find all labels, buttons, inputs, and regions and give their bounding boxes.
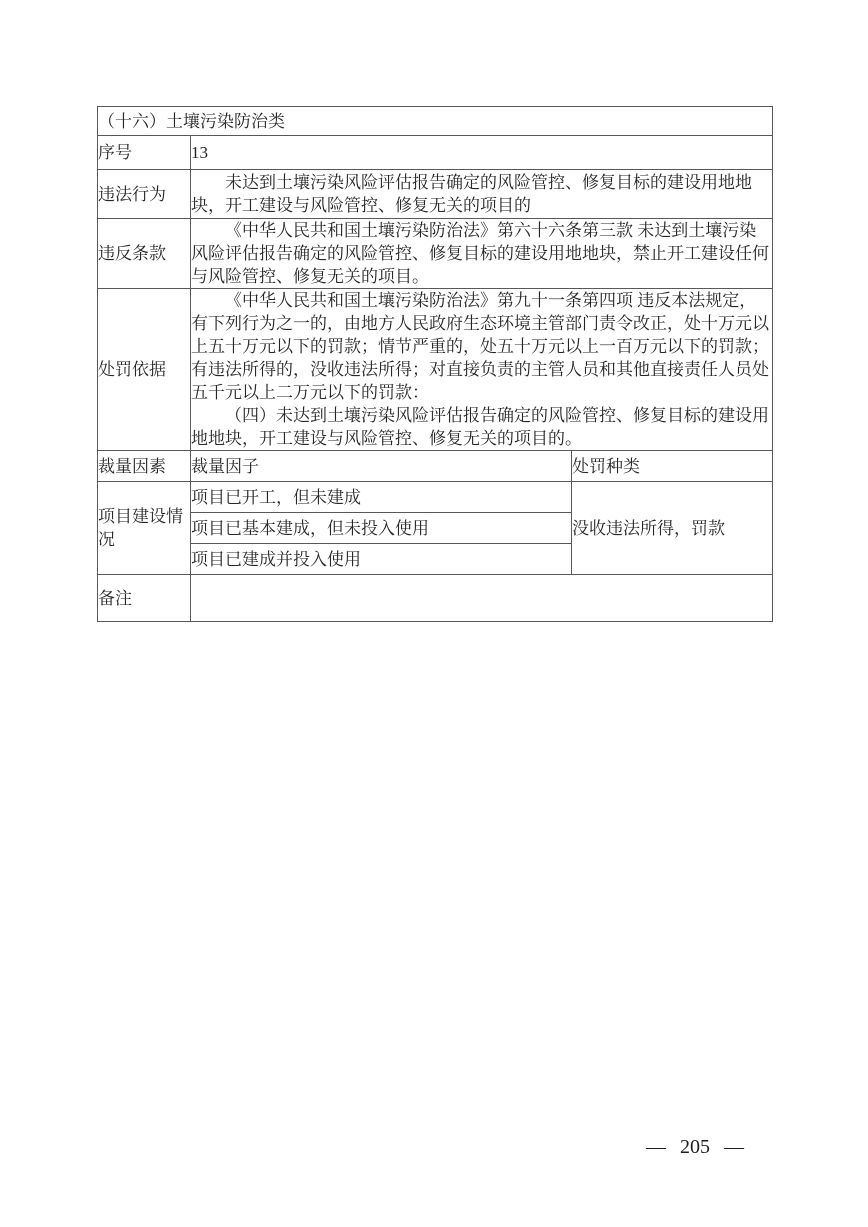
illegal-act-row: 违法行为 未达到土壤污染风险评估报告确定的风险管控、修复目标的建设用地地块，开工… (98, 170, 773, 219)
category-header: （十六）土壤污染防治类 (98, 107, 773, 136)
penalty-basis-paragraph-2: （四）未达到土壤污染风险评估报告确定的风险管控、修复目标的建设用地地块，开工建设… (191, 404, 772, 450)
penalty-type-value: 没收违法所得，罚款 (572, 482, 773, 575)
penalty-basis-paragraph-1: 《中华人民共和国土壤污染防治法》第九十一条第四项 违反本法规定，有下列行为之一的… (191, 289, 772, 404)
footer-left-dash: — (646, 1136, 666, 1159)
penalty-basis-cell: 《中华人民共和国土壤污染防治法》第九十一条第四项 违反本法规定，有下列行为之一的… (191, 289, 773, 451)
illegal-act-text: 未达到土壤污染风险评估报告确定的风险管控、修复目标的建设用地地块，开工建设与风险… (191, 171, 772, 217)
serial-row: 序号 13 (98, 136, 773, 170)
penalty-basis-row: 处罚依据 《中华人民共和国土壤污染防治法》第九十一条第四项 违反本法规定，有下列… (98, 289, 773, 451)
penalty-type-header: 处罚种类 (572, 451, 773, 482)
remarks-row: 备注 (98, 575, 773, 622)
project-status-factor-3: 项目已建成并投入使用 (191, 544, 572, 575)
footer-right-dash: — (724, 1136, 744, 1159)
discretion-factor-header: 裁量因子 (191, 451, 572, 482)
discretion-header-row: 裁量因素 裁量因子 处罚种类 (98, 451, 773, 482)
serial-label: 序号 (98, 136, 191, 170)
page-number: 205 (680, 1136, 710, 1159)
violated-clause-text: 《中华人民共和国土壤污染防治法》第六十六条第三款 未达到土壤污染风险评估报告确定… (191, 219, 772, 288)
project-status-factor-1: 项目已开工，但未建成 (191, 482, 572, 513)
penalty-discretion-table: （十六）土壤污染防治类 序号 13 违法行为 未达到土壤污染风险评估报告确定的风… (97, 106, 773, 622)
illegal-act-label: 违法行为 (98, 170, 191, 219)
project-status-row-1: 项目建设情况 项目已开工，但未建成 没收违法所得，罚款 (98, 482, 773, 513)
serial-value: 13 (191, 136, 773, 170)
violated-clause-label: 违反条款 (98, 219, 191, 289)
remarks-value (191, 575, 773, 622)
remarks-label: 备注 (98, 575, 191, 622)
discretion-row-label: 裁量因素 (98, 451, 191, 482)
project-status-factor-2: 项目已基本建成，但未投入使用 (191, 513, 572, 544)
violated-clause-cell: 《中华人民共和国土壤污染防治法》第六十六条第三款 未达到土壤污染风险评估报告确定… (191, 219, 773, 289)
illegal-act-cell: 未达到土壤污染风险评估报告确定的风险管控、修复目标的建设用地地块，开工建设与风险… (191, 170, 773, 219)
category-row: （十六）土壤污染防治类 (98, 107, 773, 136)
document-page: （十六）土壤污染防治类 序号 13 违法行为 未达到土壤污染风险评估报告确定的风… (0, 0, 868, 1227)
project-status-label: 项目建设情况 (98, 482, 191, 575)
violated-clause-row: 违反条款 《中华人民共和国土壤污染防治法》第六十六条第三款 未达到土壤污染风险评… (98, 219, 773, 289)
penalty-basis-label: 处罚依据 (98, 289, 191, 451)
page-footer: — 205 — (600, 1136, 790, 1159)
